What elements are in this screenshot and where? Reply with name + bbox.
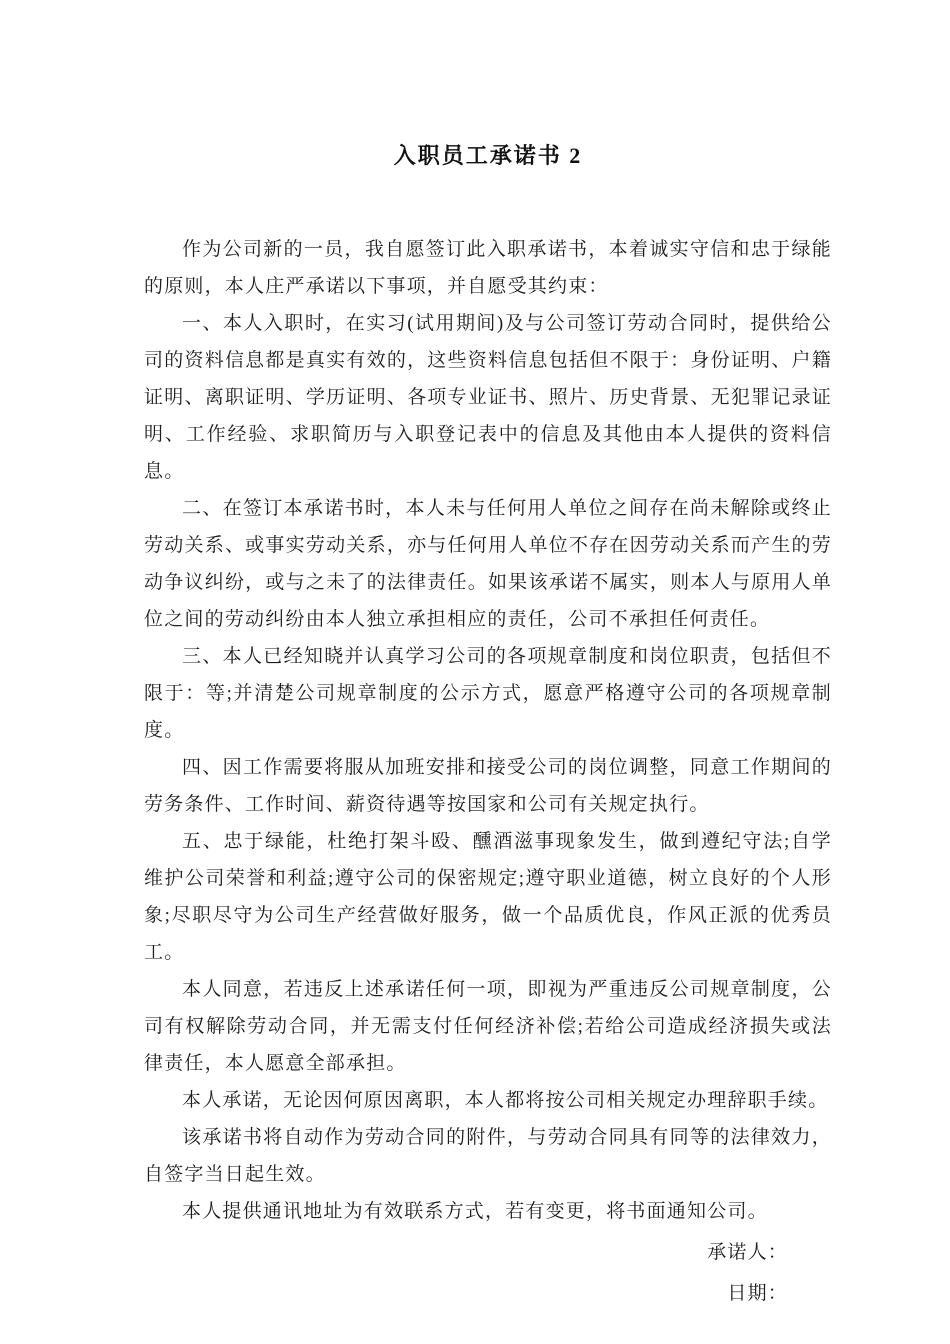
paragraph-item-3: 三、本人已经知晓并认真学习公司的各项规章制度和岗位职责，包括但不限于：等;并清楚… bbox=[144, 638, 832, 749]
paragraph-intro: 作为公司新的一员，我自愿签订此入职承诺书，本着诚实守信和忠于绿能的原则，本人庄严… bbox=[144, 231, 832, 305]
document-page: 入职员工承诺书 2 作为公司新的一员，我自愿签订此入职承诺书，本着诚实守信和忠于… bbox=[0, 0, 950, 1344]
document-body: 作为公司新的一员，我自愿签订此入职承诺书，本着诚实守信和忠于绿能的原则，本人庄严… bbox=[144, 231, 832, 1230]
paragraph-item-4: 四、因工作需要将服从加班安排和接受公司的岗位调整，同意工作期间的劳务条件、工作时… bbox=[144, 749, 832, 823]
paragraph-agreement: 本人同意，若违反上述承诺任何一项，即视为严重违反公司规章制度，公司有权解除劳动合… bbox=[144, 971, 832, 1082]
paragraph-item-5: 五、忠于绿能，杜绝打架斗殴、醺酒滋事现象发生，做到遵纪守法;自学维护公司荣誉和利… bbox=[144, 823, 832, 971]
paragraph-contact: 本人提供通讯地址为有效联系方式，若有变更，将书面通知公司。 bbox=[144, 1193, 832, 1230]
signature-block: 承诺人： 日期： bbox=[144, 1232, 832, 1314]
date-label: 日期： bbox=[144, 1273, 788, 1314]
document-title: 入职员工承诺书 2 bbox=[144, 141, 832, 171]
paragraph-resignation: 本人承诺，无论因何原因离职，本人都将按公司相关规定办理辞职手续。 bbox=[144, 1082, 832, 1119]
paragraph-item-1: 一、本人入职时，在实习(试用期间)及与公司签订劳动合同时，提供给公司的资料信息都… bbox=[144, 305, 832, 490]
paragraph-item-2: 二、在签订本承诺书时，本人未与任何用人单位之间存在尚未解除或终止劳动关系、或事实… bbox=[144, 490, 832, 638]
signer-label: 承诺人： bbox=[144, 1232, 788, 1273]
paragraph-attachment: 该承诺书将自动作为劳动合同的附件，与劳动合同具有同等的法律效力，自签字当日起生效… bbox=[144, 1119, 832, 1193]
